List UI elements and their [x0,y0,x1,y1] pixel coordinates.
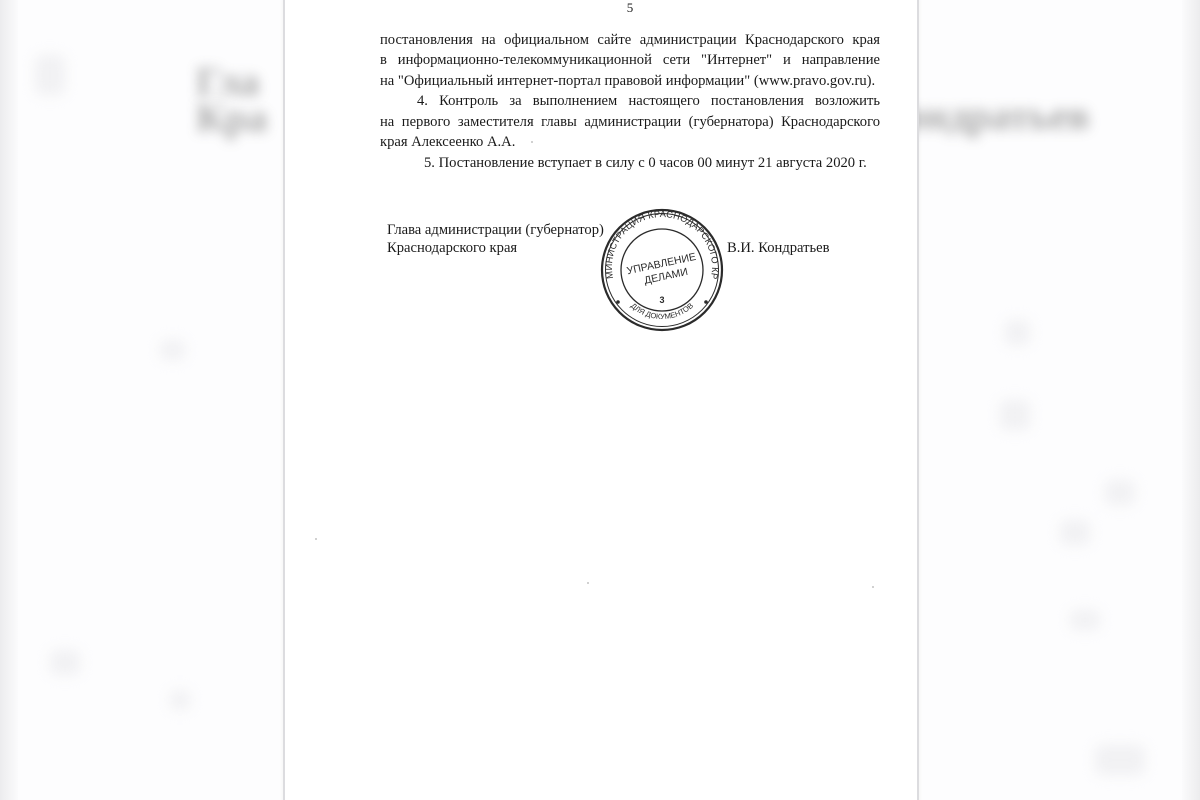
paragraph-line: в информационно-телекоммуникационной сет… [380,50,880,70]
scan-speck [531,141,533,143]
background-blur-shape [160,340,185,360]
background-blurred-text: ондратьев [905,92,1090,139]
background-blur-shape [170,690,190,710]
background-blur-shape [35,55,65,95]
viewer-stage: Гла Кра ондратьев 5 постановления на офи… [0,0,1200,800]
signatory-position-line2: Краснодарского края [387,238,517,258]
scan-speck [872,586,874,588]
paragraph-line: на первого заместителя главы администрац… [380,112,880,132]
document-page: 5 постановления на официальном сайте адм… [283,0,919,800]
stamp-seal-icon: АДМИНИСТРАЦИЯ КРАСНОДАРСКОГО КРАЯ ДЛЯ ДО… [599,207,725,333]
paragraph-line: постановления на официальном сайте админ… [380,30,880,50]
background-blur-shape [1060,520,1090,545]
scan-speck [315,538,317,540]
paragraph-line: 4. Контроль за выполнением настоящего по… [380,91,880,111]
signatory-position-line1: Глава администрации (губернатор) [387,220,604,240]
paragraph-line: края Алексеенко А.А. [380,132,880,152]
paragraph-line: на "Официальный интернет-портал правовой… [380,71,880,91]
background-blurred-text: Кра [196,94,267,141]
svg-text:3: 3 [659,295,664,305]
signatory-name: В.И. Кондратьев [727,238,830,258]
background-blur-shape [1070,610,1100,630]
background-blur-shape [1105,480,1135,505]
paragraph-line: 5. Постановление вступает в силу с 0 час… [380,153,880,173]
page-number: 5 [380,0,880,16]
scan-speck [587,582,589,584]
background-blur-shape [1095,745,1145,775]
background-edge-right [1182,0,1200,800]
background-blur-shape [50,650,80,675]
background-edge-left [0,0,18,800]
background-blur-shape [1005,320,1030,345]
background-blur-shape [1000,400,1030,430]
official-stamp: АДМИНИСТРАЦИЯ КРАСНОДАРСКОГО КРАЯ ДЛЯ ДО… [599,207,725,333]
